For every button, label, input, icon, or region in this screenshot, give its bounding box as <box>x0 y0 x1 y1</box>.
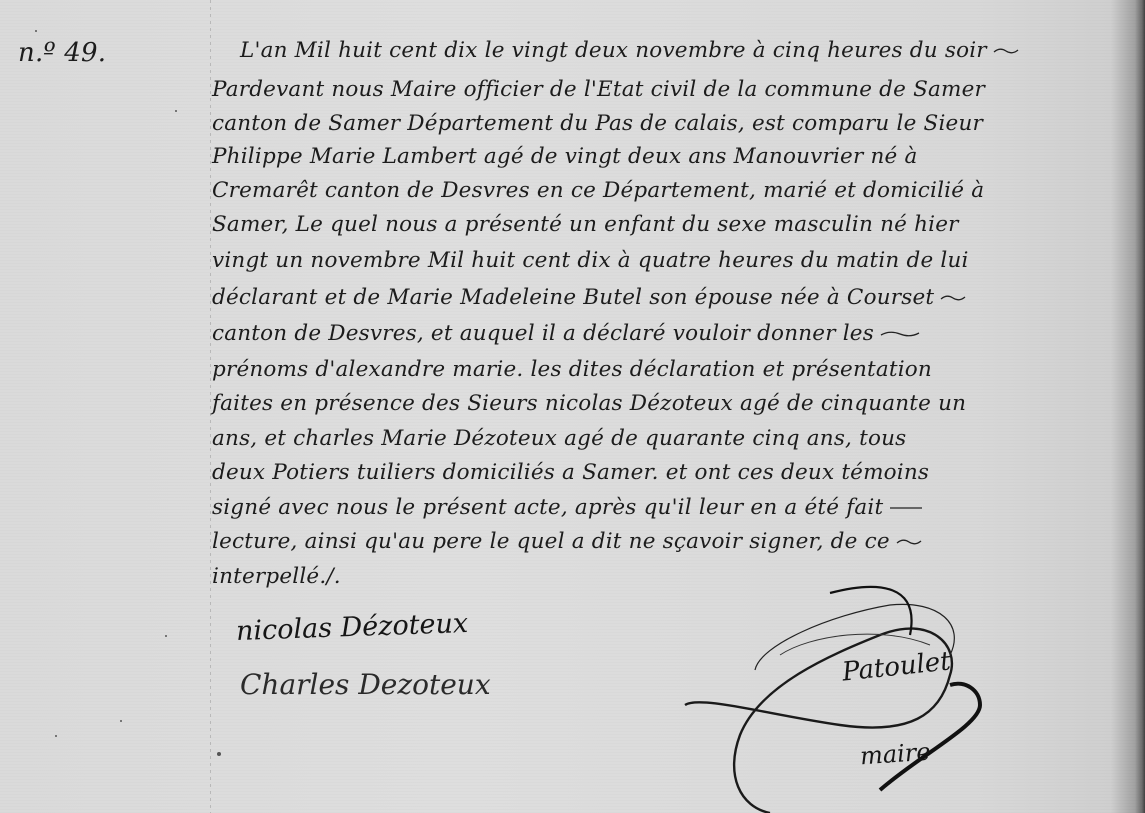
signature-witness-2: Charles Dezoteux <box>240 668 491 701</box>
text-line-3: canton de Samer Département du Pas de ca… <box>212 113 983 135</box>
text-line-15: lecture, ainsi qu'au pere le quel a dit … <box>212 531 922 553</box>
text-line-10: prénoms d'alexandre marie. les dites déc… <box>212 359 932 381</box>
margin-rule <box>210 0 211 813</box>
act-number: n.º 49. <box>18 38 106 68</box>
text-line-7: vingt un novembre Mil huit cent dix à qu… <box>212 250 969 272</box>
text-line-5: Cremarêt canton de Desvres en ce Départe… <box>212 180 984 202</box>
text-line-16: interpellé./. <box>212 566 341 588</box>
text-line-11: faites en présence des Sieurs nicolas Dé… <box>212 393 966 415</box>
paper-speck <box>35 30 37 32</box>
text-line-4: Philippe Marie Lambert agé de vingt deux… <box>212 146 918 168</box>
text-line-14: signé avec nous le présent acte, après q… <box>212 497 923 519</box>
paper-speck <box>120 720 122 722</box>
line-text: déclarant et de Marie Madeleine Butel so… <box>212 285 934 310</box>
signature-mayor-title: maire <box>859 738 931 771</box>
paper-speck <box>165 635 167 637</box>
mayor-signature-paraph <box>680 575 1020 813</box>
text-line-8: déclarant et de Marie Madeleine Butel so… <box>212 287 966 309</box>
line-filler-flourish <box>880 330 920 338</box>
text-line-1: L'an Mil huit cent dix le vingt deux nov… <box>240 40 1019 62</box>
page-edge-shadow <box>1135 0 1145 813</box>
paper-speck <box>55 735 57 737</box>
paper-speck <box>175 110 177 112</box>
text-line-6: Samer, Le quel nous a présenté un enfant… <box>212 214 959 236</box>
text-line-9: canton de Desvres, et auquel il a déclar… <box>212 323 920 345</box>
line-filler-flourish <box>896 538 922 546</box>
line-filler-flourish <box>993 47 1019 55</box>
line-text: canton de Desvres, et auquel il a déclar… <box>212 321 874 346</box>
text-line-13: deux Potiers tuiliers domiciliés a Samer… <box>212 462 929 484</box>
line-filler-dash <box>889 504 923 512</box>
register-page: n.º 49. L'an Mil huit cent dix le vingt … <box>0 0 1145 813</box>
text-line-2: Pardevant nous Maire officier de l'Etat … <box>212 79 985 101</box>
line-text: signé avec nous le présent acte, après q… <box>212 495 883 520</box>
line-filler-flourish <box>940 294 966 302</box>
paper-speck <box>217 752 221 756</box>
signature-mayor-name: Patoulet <box>841 646 952 687</box>
text-line-12: ans, et charles Marie Dézoteux agé de qu… <box>212 428 906 450</box>
line-text: lecture, ainsi qu'au pere le quel a dit … <box>212 529 890 554</box>
signature-witness-1: nicolas Dézoteux <box>236 608 469 647</box>
line-text: L'an Mil huit cent dix le vingt deux nov… <box>240 38 987 63</box>
